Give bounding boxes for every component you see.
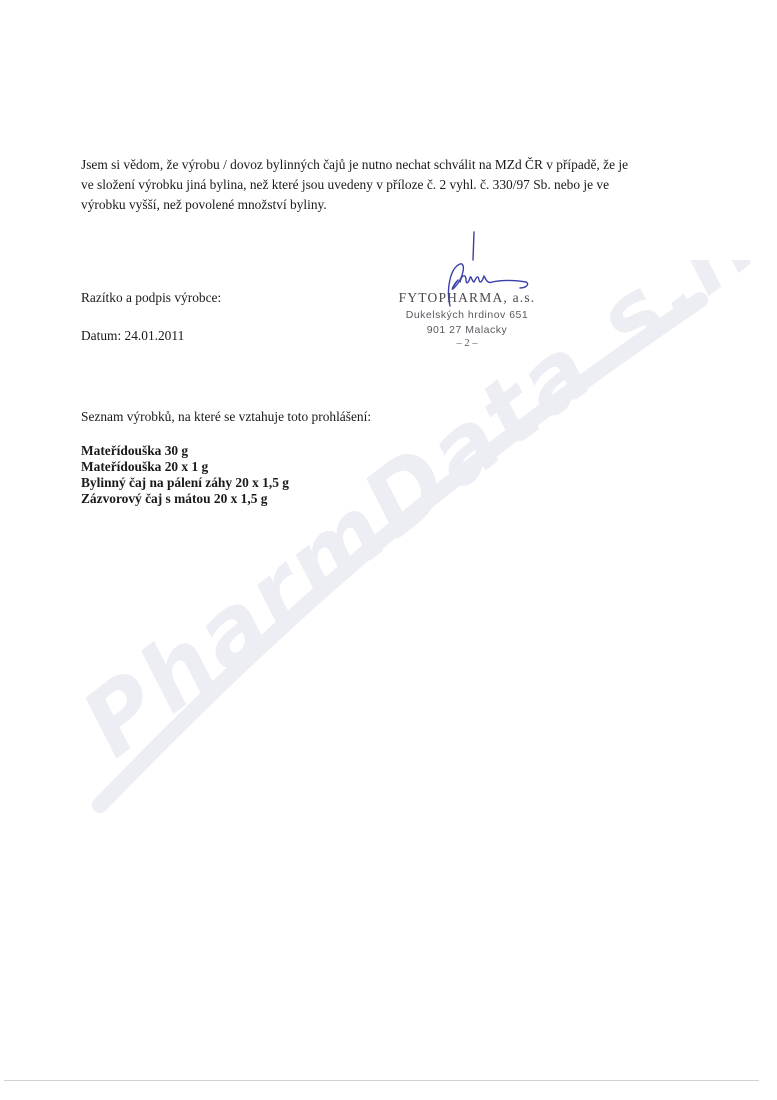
declaration-line: ve složení výrobku jiná bylina, než kter…	[81, 175, 701, 195]
stamp-signature-label: Razítko a podpis výrobce:	[81, 290, 221, 306]
product-item: Mateřídouška 20 x 1 g	[81, 459, 289, 475]
date-label: Datum: 24.01.2011	[81, 328, 184, 344]
bottom-divider	[4, 1080, 759, 1081]
declaration-line: výrobku vyšší, než povolené množství byl…	[81, 195, 701, 215]
product-list-title: Seznam výrobků, na které se vztahuje tot…	[81, 409, 371, 425]
stamp-city: 901 27 Malacky	[372, 324, 562, 336]
declaration-line: Jsem si vědom, že výrobu / dovoz bylinný…	[81, 155, 701, 175]
company-stamp: FYTOPHARMA, a.s. Dukelských hrdinov 651 …	[362, 228, 562, 358]
product-item: Bylinný čaj na pálení záhy 20 x 1,5 g	[81, 475, 289, 491]
product-item: Mateřídouška 30 g	[81, 443, 289, 459]
stamp-company-name: FYTOPHARMA, a.s.	[372, 290, 562, 306]
product-list: Mateřídouška 30 g Mateřídouška 20 x 1 g …	[81, 443, 289, 507]
product-item: Zázvorový čaj s mátou 20 x 1,5 g	[81, 491, 289, 507]
stamp-street: Dukelských hrdinov 651	[372, 309, 562, 321]
document-page: PharmData s.r.o. Jsem si vědom, že výrob…	[0, 0, 777, 1100]
declaration-paragraph: Jsem si vědom, že výrobu / dovoz bylinný…	[81, 155, 701, 215]
stamp-page-marker: – 2 –	[372, 338, 562, 349]
